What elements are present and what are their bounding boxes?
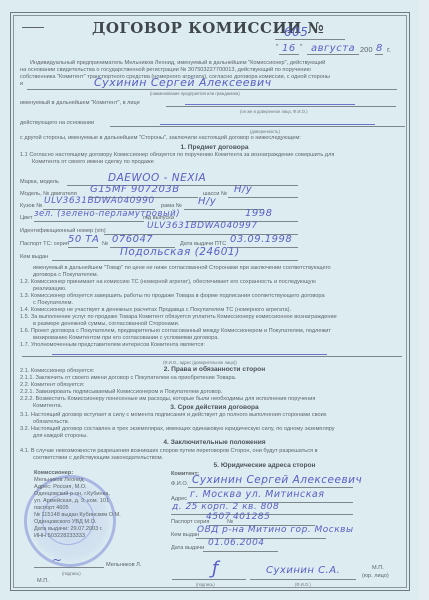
intro-line-1: Индивидуальный предприниматель Мельников… xyxy=(30,60,325,66)
issued-by-label: Кем выдан xyxy=(20,254,48,260)
client-seal-mark: М.П. xyxy=(372,565,384,571)
clause-3-1b: обязательств. xyxy=(33,419,69,425)
frame-value: Н/у xyxy=(198,196,216,207)
chassis-line xyxy=(228,197,298,198)
agent-label: именуемый в дальнейшем "Комитент", в лиц… xyxy=(20,100,140,106)
date-quote-close: " xyxy=(300,44,303,51)
client-name: Сухинин Сергей Алексеевич xyxy=(94,76,272,89)
client-date-value: 01.06.2004 xyxy=(208,538,265,548)
engine-value: G15MF 907203B xyxy=(90,184,180,195)
date-day: 16 xyxy=(282,43,296,54)
commissioner-signature-caption: (подпись) xyxy=(62,571,81,576)
pts-number-label: № xyxy=(102,241,108,247)
date-month: августа xyxy=(311,43,355,54)
client-seal-caption: (юр. лицо) xyxy=(362,573,389,579)
agent-caption: (он же и доверенное лицо, Ф.И.О.) xyxy=(240,109,308,114)
date-year-line xyxy=(375,54,383,55)
basis-label: действующего на основании xyxy=(20,120,94,126)
commissioner-line-2: Адрес: Россия, М.О. xyxy=(34,484,87,490)
pts-date-value: 03.09.1998 xyxy=(230,234,292,245)
pts-number-value: 076047 xyxy=(112,234,153,245)
client-fio-value: Сухинин Сергей Алексеевич xyxy=(192,474,362,486)
clause-1-5b: в размере денежной суммы, согласованной … xyxy=(33,321,179,327)
clause-1-1d: договора с Покупателем. xyxy=(33,272,98,278)
date-quote-open: " xyxy=(276,44,279,51)
representative-caption: (Ф.И.О., адрес (доверительное лицо)) xyxy=(163,360,237,365)
client-passport-number: 401285 xyxy=(233,512,270,522)
client-fio-line xyxy=(188,487,353,488)
clause-4-1a: 4.1. В случае невозможности разрешения в… xyxy=(20,448,318,454)
issued-by-value: Подольская (24601) xyxy=(120,246,240,258)
clause-1-7: 1.7. Уполномоченным представителем интер… xyxy=(20,342,205,348)
commissioner-line-3: Одинцовский р-он, г.Кубинка, xyxy=(34,491,110,497)
body-value: ULV3631BDWA040990 xyxy=(44,196,155,206)
year-value: 1998 xyxy=(245,208,272,219)
client-address-value-1: г. Москва ул. Митинская xyxy=(190,489,324,500)
client-address-value-2: д. 25 корп. 2 кв. 808 xyxy=(172,502,279,512)
intro-line-2: на основании свидетельства о государстве… xyxy=(20,67,311,73)
date-year-prefix: 200 xyxy=(360,45,373,54)
clause-1-1a: 1.1 Согласно настоящему договору Комисси… xyxy=(20,152,334,158)
make-label: Марка, модель xyxy=(20,179,59,185)
commissioner-line-1: Мельников Леонид xyxy=(34,477,84,483)
client-signature-caption: (подпись) xyxy=(196,582,215,587)
date-day-line xyxy=(279,54,299,55)
agent-pen-stroke xyxy=(185,104,355,105)
clause-1-6a: 1.6. Проект договора с Покупателем, пред… xyxy=(20,328,331,334)
commissioner-line-7: Одинцовского УВД М.О. xyxy=(34,519,97,525)
clause-2-1-1: 2.1.1. Заключить от своего имени договор… xyxy=(20,375,236,381)
parties-line: с другой стороны, именуемые в дальнейшем… xyxy=(20,135,301,141)
basis-caption: (доверенность) xyxy=(250,129,280,134)
date-year-suffix: 8 xyxy=(376,43,383,54)
section-3-heading: 3. Срок действия договора xyxy=(0,404,429,411)
section-5-heading: 5. Юридические адреса сторон xyxy=(50,462,429,469)
client-name-line xyxy=(27,89,397,90)
pts-series-label: Паспорт ТС: серия xyxy=(20,241,69,247)
clause-2-2-2a: 2.2.2. Возместить Комиссионеру понесенны… xyxy=(20,396,315,402)
commissioner-signature-name: Мельников Л. xyxy=(106,562,141,568)
basis-pen-stroke xyxy=(160,124,375,125)
date-month-line xyxy=(307,54,359,55)
client-date-label: Дата выдачи xyxy=(171,545,204,551)
client-fio-label: Ф.И.О. xyxy=(171,481,188,487)
clause-1-1c: именуемый в дальнейшем "Товар" по цене н… xyxy=(33,265,331,271)
commissioner-line-4: ул. Армейская, д. 9, ком. 101 xyxy=(34,498,109,504)
client-issued-label: Кем выдан xyxy=(171,532,199,538)
contract-number-line xyxy=(275,39,345,40)
commissioner-label: Комиссионер: xyxy=(34,470,73,476)
pts-series-line xyxy=(68,247,98,248)
color-line xyxy=(34,221,144,222)
color-label: Цвет xyxy=(20,215,33,221)
clause-1-2a: 1.2. Комиссионер принимает на комиссию Т… xyxy=(20,279,316,285)
commissioner-line-6: № 115148 выдан Кубинским О.М. xyxy=(34,512,121,518)
clause-4-1b: соответствии с действующим законодательс… xyxy=(33,455,163,461)
clause-2-2-1: 2.2.1. Завизировать подписываемый Комисс… xyxy=(20,389,222,395)
clause-2-1: 2.1. Комиссионер обязуется: xyxy=(20,368,94,374)
commissioner-line-8: Дата выдачи: 29.07.2003 г. xyxy=(34,526,103,532)
commissioner-line-5: паспорт 4605 xyxy=(34,505,69,511)
commissioner-seal-mark: М.П. xyxy=(37,578,49,584)
date-year-unit: г. xyxy=(387,45,391,54)
commissioner-signature: ~ xyxy=(52,553,63,567)
client-signature-line xyxy=(172,579,246,580)
clause-1-2b: реализацию. xyxy=(33,286,66,292)
section-4-heading: 4. Заключительные положения xyxy=(0,439,429,446)
client-signature: ƒ xyxy=(212,558,219,579)
pts-series-value: 50 ТА xyxy=(68,234,99,245)
section-1-heading: 1. Предмет договора xyxy=(0,144,429,151)
client-fio-short-line xyxy=(250,579,356,580)
contract-number: 605 xyxy=(284,25,308,39)
clause-1-5a: 1.5. За выполнение услуг по продаже Това… xyxy=(20,314,337,320)
basis-line xyxy=(110,126,405,127)
clause-1-6b: визированию Комитентом при его согласова… xyxy=(33,335,219,341)
client-fio-short: Сухинин С.А. xyxy=(266,565,340,576)
clause-1-1b: Комитента от своего имени сделку по прод… xyxy=(32,159,154,165)
client-name-caption: (наименование предприятия или гражданина… xyxy=(150,91,240,96)
clause-2-2: 2.2. Комитент обязуется: xyxy=(20,382,84,388)
decorative-dash xyxy=(22,27,44,28)
representative-pen-stroke xyxy=(52,354,327,355)
intro-line-4-prefix: и xyxy=(20,81,23,87)
clause-3-2a: 3.2. Настоящий договор составлен в трех … xyxy=(20,426,335,432)
issued-by-line xyxy=(52,260,298,261)
clause-1-4: 1.4. Комиссионер не участвует в денежных… xyxy=(20,307,291,313)
representative-line xyxy=(22,356,402,357)
client-issued-value: ОВД р-на Митино гор. Москвы xyxy=(197,525,354,535)
commissioner-line-9: ИНН 503228233333 xyxy=(34,533,85,539)
clause-3-1a: 3.1. Настоящий договор вступает в силу с… xyxy=(20,412,327,418)
commissioner-signature-line xyxy=(34,567,104,568)
clause-1-3a: 1.3. Комиссионер обязуется завершить раб… xyxy=(20,293,325,299)
clause-1-3b: с Покупателем. xyxy=(33,300,73,306)
agent-line xyxy=(166,106,396,107)
client-fio-caption: (Ф.И.О.) xyxy=(295,582,311,587)
vin-value: ULV3631BDWA040997 xyxy=(147,221,258,231)
make-value: DAEWOO - NEXIA xyxy=(108,172,206,184)
chassis-value: Н/у xyxy=(234,184,252,195)
client-date-line xyxy=(203,551,278,552)
